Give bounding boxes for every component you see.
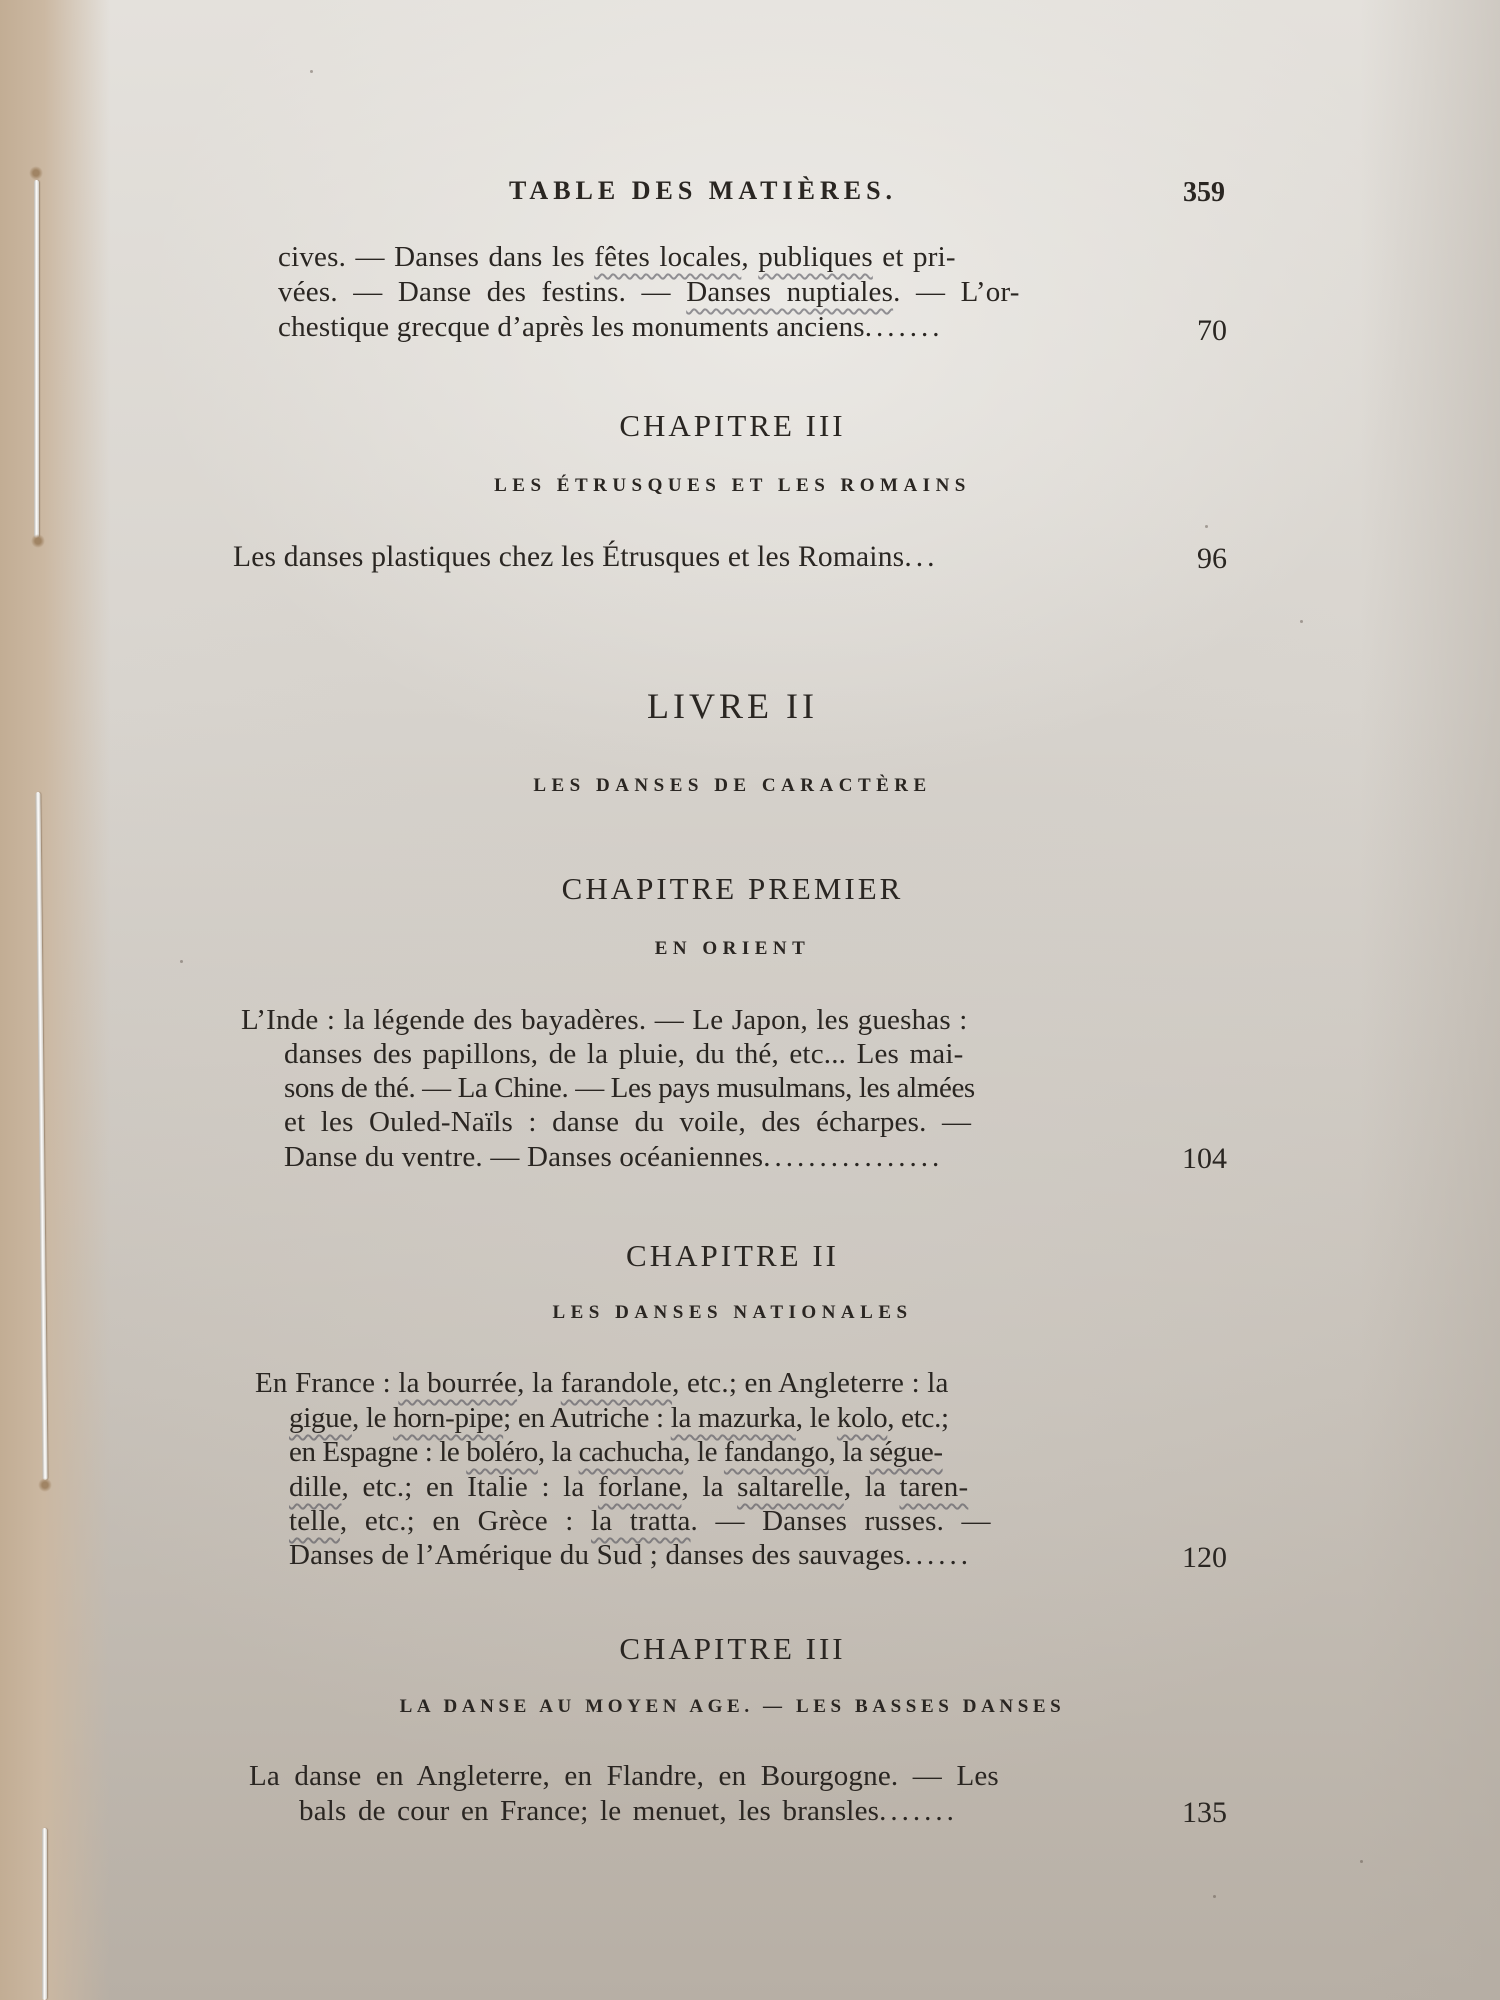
pencil-underline: la mazurka [671,1402,796,1434]
toc-entry-line: telle, etc.; en Grèce : la tratta. — Dan… [289,1507,991,1536]
paper-speck [1205,525,1208,528]
pencil-underline: Danses nuptiales [686,276,893,308]
toc-page-ref[interactable]: 96 [1147,544,1227,574]
toc-entry-line: En France : la bourrée, la farandole, et… [255,1369,949,1398]
pencil-underline: boléro [466,1436,538,1468]
binding-thread-icon [42,1828,47,2000]
dot-leader: ................ [763,1141,943,1173]
chapter-subtitle: LES DANSES NATIONALES [0,1303,1465,1322]
paper-speck [1360,1860,1363,1863]
toc-entry-line: La danse en Angleterre, en Flandre, en B… [249,1762,999,1791]
page-number: 359 [1183,177,1225,209]
toc-entry-line: danses des papillons, de la pluie, du th… [284,1040,963,1069]
chapter-subtitle: EN ORIENT [0,939,1465,958]
chapter-subtitle: LA DANSE AU MOYEN AGE. — LES BASSES DANS… [0,1697,1465,1716]
paper-speck [180,960,183,963]
dot-leader: ....... [865,311,944,343]
toc-entry-line: L’Inde : la légende des bayadères. — Le … [241,1006,968,1035]
pencil-underline: kolo [837,1402,887,1434]
toc-entry-line: chestique grecque d’après les monuments … [278,313,944,342]
chapter-heading: CHAPITRE II [0,1240,1465,1271]
toc-page-ref[interactable]: 120 [1147,1543,1227,1573]
toc-entry-line: bals de cour en France; le menuet, les b… [299,1797,958,1826]
pencil-underline: taren- [900,1471,969,1503]
toc-entry-line: et les Ouled-Naïls : danse du voile, des… [284,1108,971,1137]
pencil-underline: fandango [724,1436,829,1468]
toc-entry-line: Les danses plastiques chez les Étrusques… [233,543,938,573]
binding-knot-icon [29,166,43,180]
book-heading: LIVRE II [0,688,1465,724]
paper-speck [310,70,313,73]
pencil-underline: gigue [289,1402,352,1434]
pencil-underline: fêtes locales [594,241,741,273]
paper-speck [1300,620,1303,623]
toc-entry-line: Danse du ventre. — Danses océaniennes...… [284,1143,943,1172]
running-head: TABLE DES MATIÈRES. [509,176,897,206]
pencil-underline: publiques [758,241,873,273]
chapter-subtitle: LES ÉTRUSQUES ET LES ROMAINS [0,476,1465,495]
pencil-underline: farandole [561,1367,672,1399]
pencil-underline: dille [289,1471,342,1503]
book-subtitle: LES DANSES DE CARACTÈRE [0,776,1465,795]
pencil-underline: forlane [598,1471,682,1503]
pencil-underline: cachucha [579,1436,684,1468]
pencil-underline: telle [289,1505,340,1537]
toc-page-ref[interactable]: 70 [1147,316,1227,346]
pencil-underline: la bourrée [398,1367,517,1399]
dot-leader: ...... [904,1539,972,1571]
toc-page-ref[interactable]: 135 [1147,1798,1227,1828]
binding-knot-icon [38,1478,52,1492]
toc-entry-line: vées. — Danse des festins. — Danses nupt… [278,278,1020,307]
paper-speck [1213,1895,1216,1898]
pencil-underline: ségue- [869,1436,942,1468]
pencil-underline: horn-pipe [393,1402,503,1434]
pencil-underline: la tratta [591,1505,691,1537]
toc-entry-line: dille, etc.; en Italie : la forlane, la … [289,1473,968,1502]
toc-entry-line: cives. — Danses dans les fêtes locales, … [278,243,956,272]
toc-entry-line: gigue, le horn-pipe; en Autriche : la ma… [289,1404,949,1433]
toc-entry-line: sons de thé. — La Chine. — Les pays musu… [284,1074,975,1103]
dot-leader: ....... [879,1795,958,1827]
toc-entry-line: Danses de l’Amérique du Sud ; danses des… [289,1541,972,1570]
chapter-heading: CHAPITRE III [0,410,1465,441]
chapter-heading: CHAPITRE PREMIER [0,873,1465,904]
toc-entry-line: en Espagne : le boléro, la cachucha, le … [289,1438,943,1467]
pencil-underline: saltarelle [737,1471,844,1503]
chapter-heading: CHAPITRE III [0,1633,1465,1664]
toc-page-ref[interactable]: 104 [1147,1144,1227,1174]
binding-knot-icon [31,534,45,548]
dot-leader: ... [904,541,938,573]
